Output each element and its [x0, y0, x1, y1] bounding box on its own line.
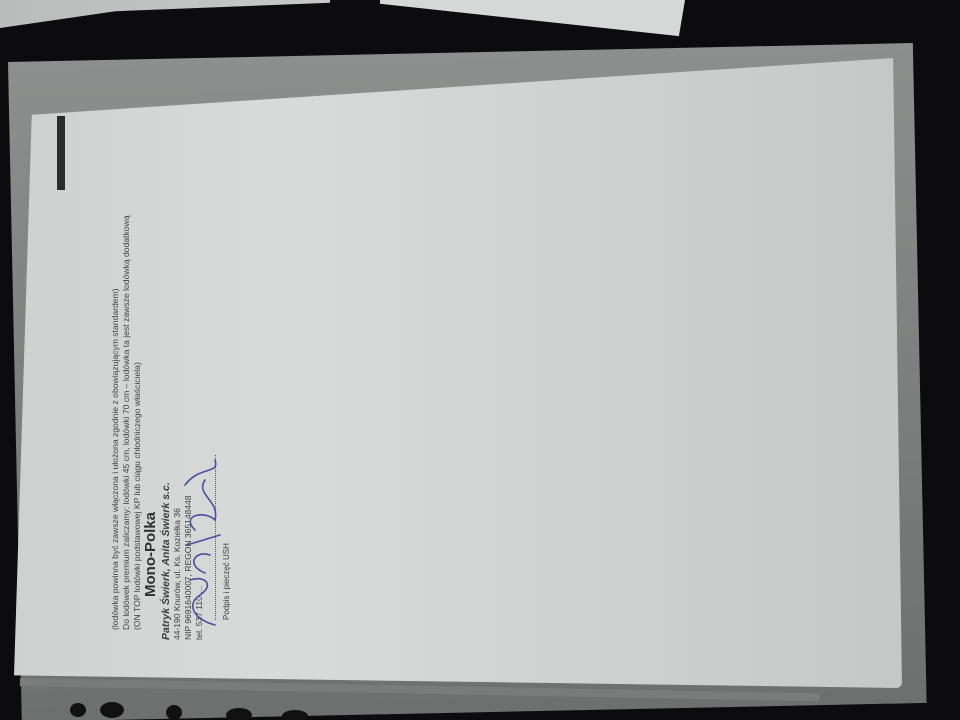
punch-hole: [166, 705, 182, 720]
signature-label: Podpis i pieczęć USH: [222, 543, 231, 620]
punch-hole: [100, 702, 124, 718]
punch-hole: [282, 710, 308, 720]
company-name: Patryk Świerk, Anita Świerk s.c.: [160, 482, 172, 640]
brand-name: Mono-Polka: [142, 512, 159, 597]
note-line: (lodówka powinna być zawsze włączona i u…: [110, 215, 121, 630]
notes-block: (lodówka powinna być zawsze włączona i u…: [110, 215, 143, 630]
background-paper-2: [380, 0, 685, 38]
note-line: Do lodówek premium zaliczamy: lodówki 45…: [121, 215, 132, 630]
punch-hole: [70, 703, 86, 717]
binding-bar: [57, 116, 65, 190]
punch-hole: [226, 708, 252, 720]
background-paper: [0, 0, 330, 28]
